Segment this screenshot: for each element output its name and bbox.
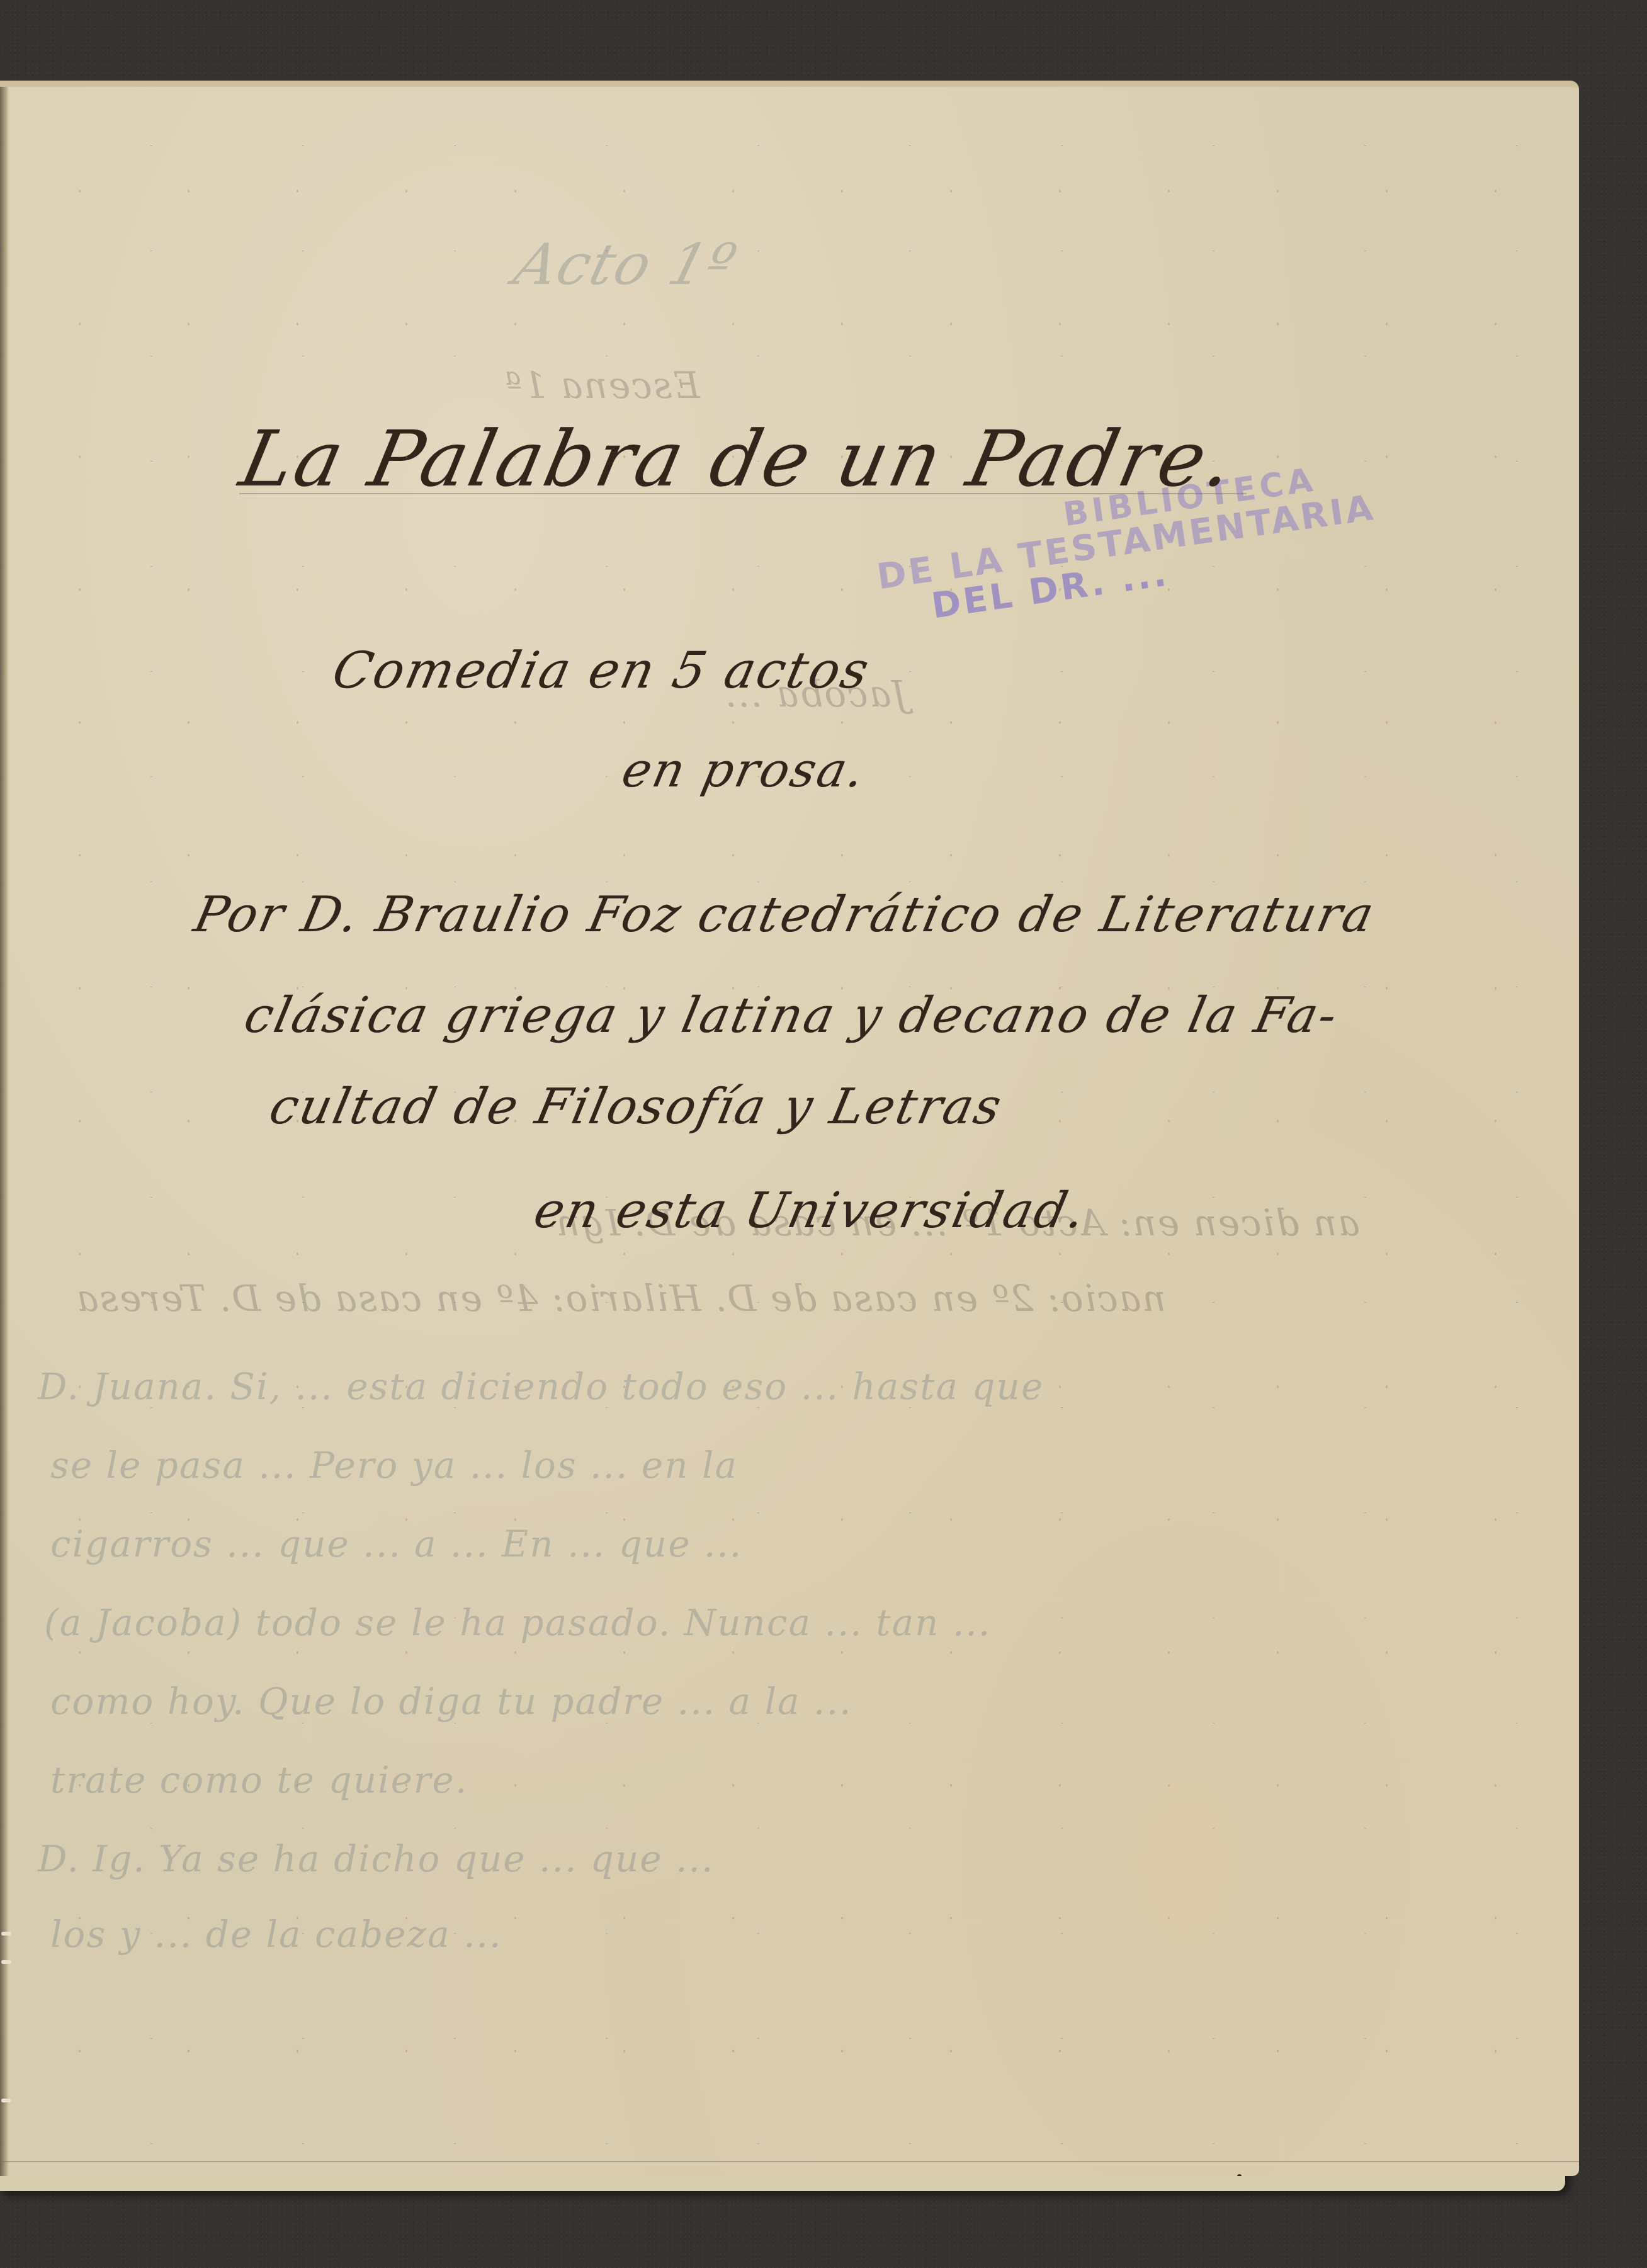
bleed-through-line: nacio: 2º en casa de D. Hilario: 4º en c… [76,1277,1166,1320]
document-subtitle-form: en prosa. [618,742,871,798]
stitched-spine [0,87,9,2176]
bleed-through-line: (a Jacoba) todo se le ha pasado. Nunca .… [44,1601,991,1644]
bleed-through-line: D. Juana. Si, ... esta diciendo todo eso… [38,1365,1044,1408]
manuscript-page: Acto 1º Escena 1ª Jacoba ... an dicen en… [0,81,1579,2176]
spine-stitch [1,1932,11,1936]
author-line: Por D. Braulio Foz catedrático de Litera… [189,887,1380,943]
author-line: clásica griega y latina y decano de la F… [239,987,1344,1044]
bleed-through-line: D. Ig. Ya se ha dicho que ... que ... [38,1837,714,1880]
bleed-through-line: cigarros ... que ... a ... En ... que ..… [50,1522,742,1565]
bleed-through-line: se le pasa ... Pero ya ... los ... en la [50,1444,738,1487]
bleed-through-line: los y ... de la cabeza ... [50,1913,502,1956]
author-line: cultad de Filosofía y Letras [264,1079,1008,1135]
bleed-through-line: trate como te quiere. [50,1759,468,1801]
document-title: La Palabra de un Padre. [233,414,1243,504]
author-line: en esta Universidad. [529,1182,1092,1239]
bleed-through-heading: Acto 1º [507,232,744,298]
page-bottom-edge [0,2161,1579,2162]
bleed-through-line: Escena 1ª [504,364,700,407]
ink-speck [1237,2174,1242,2176]
bleed-through-line: como hoy. Que lo diga tu padre ... a la … [50,1680,852,1723]
spine-stitch [1,2099,11,2102]
document-subtitle: Comedia en 5 actos [327,641,876,700]
spine-stitch [1,1960,11,1964]
